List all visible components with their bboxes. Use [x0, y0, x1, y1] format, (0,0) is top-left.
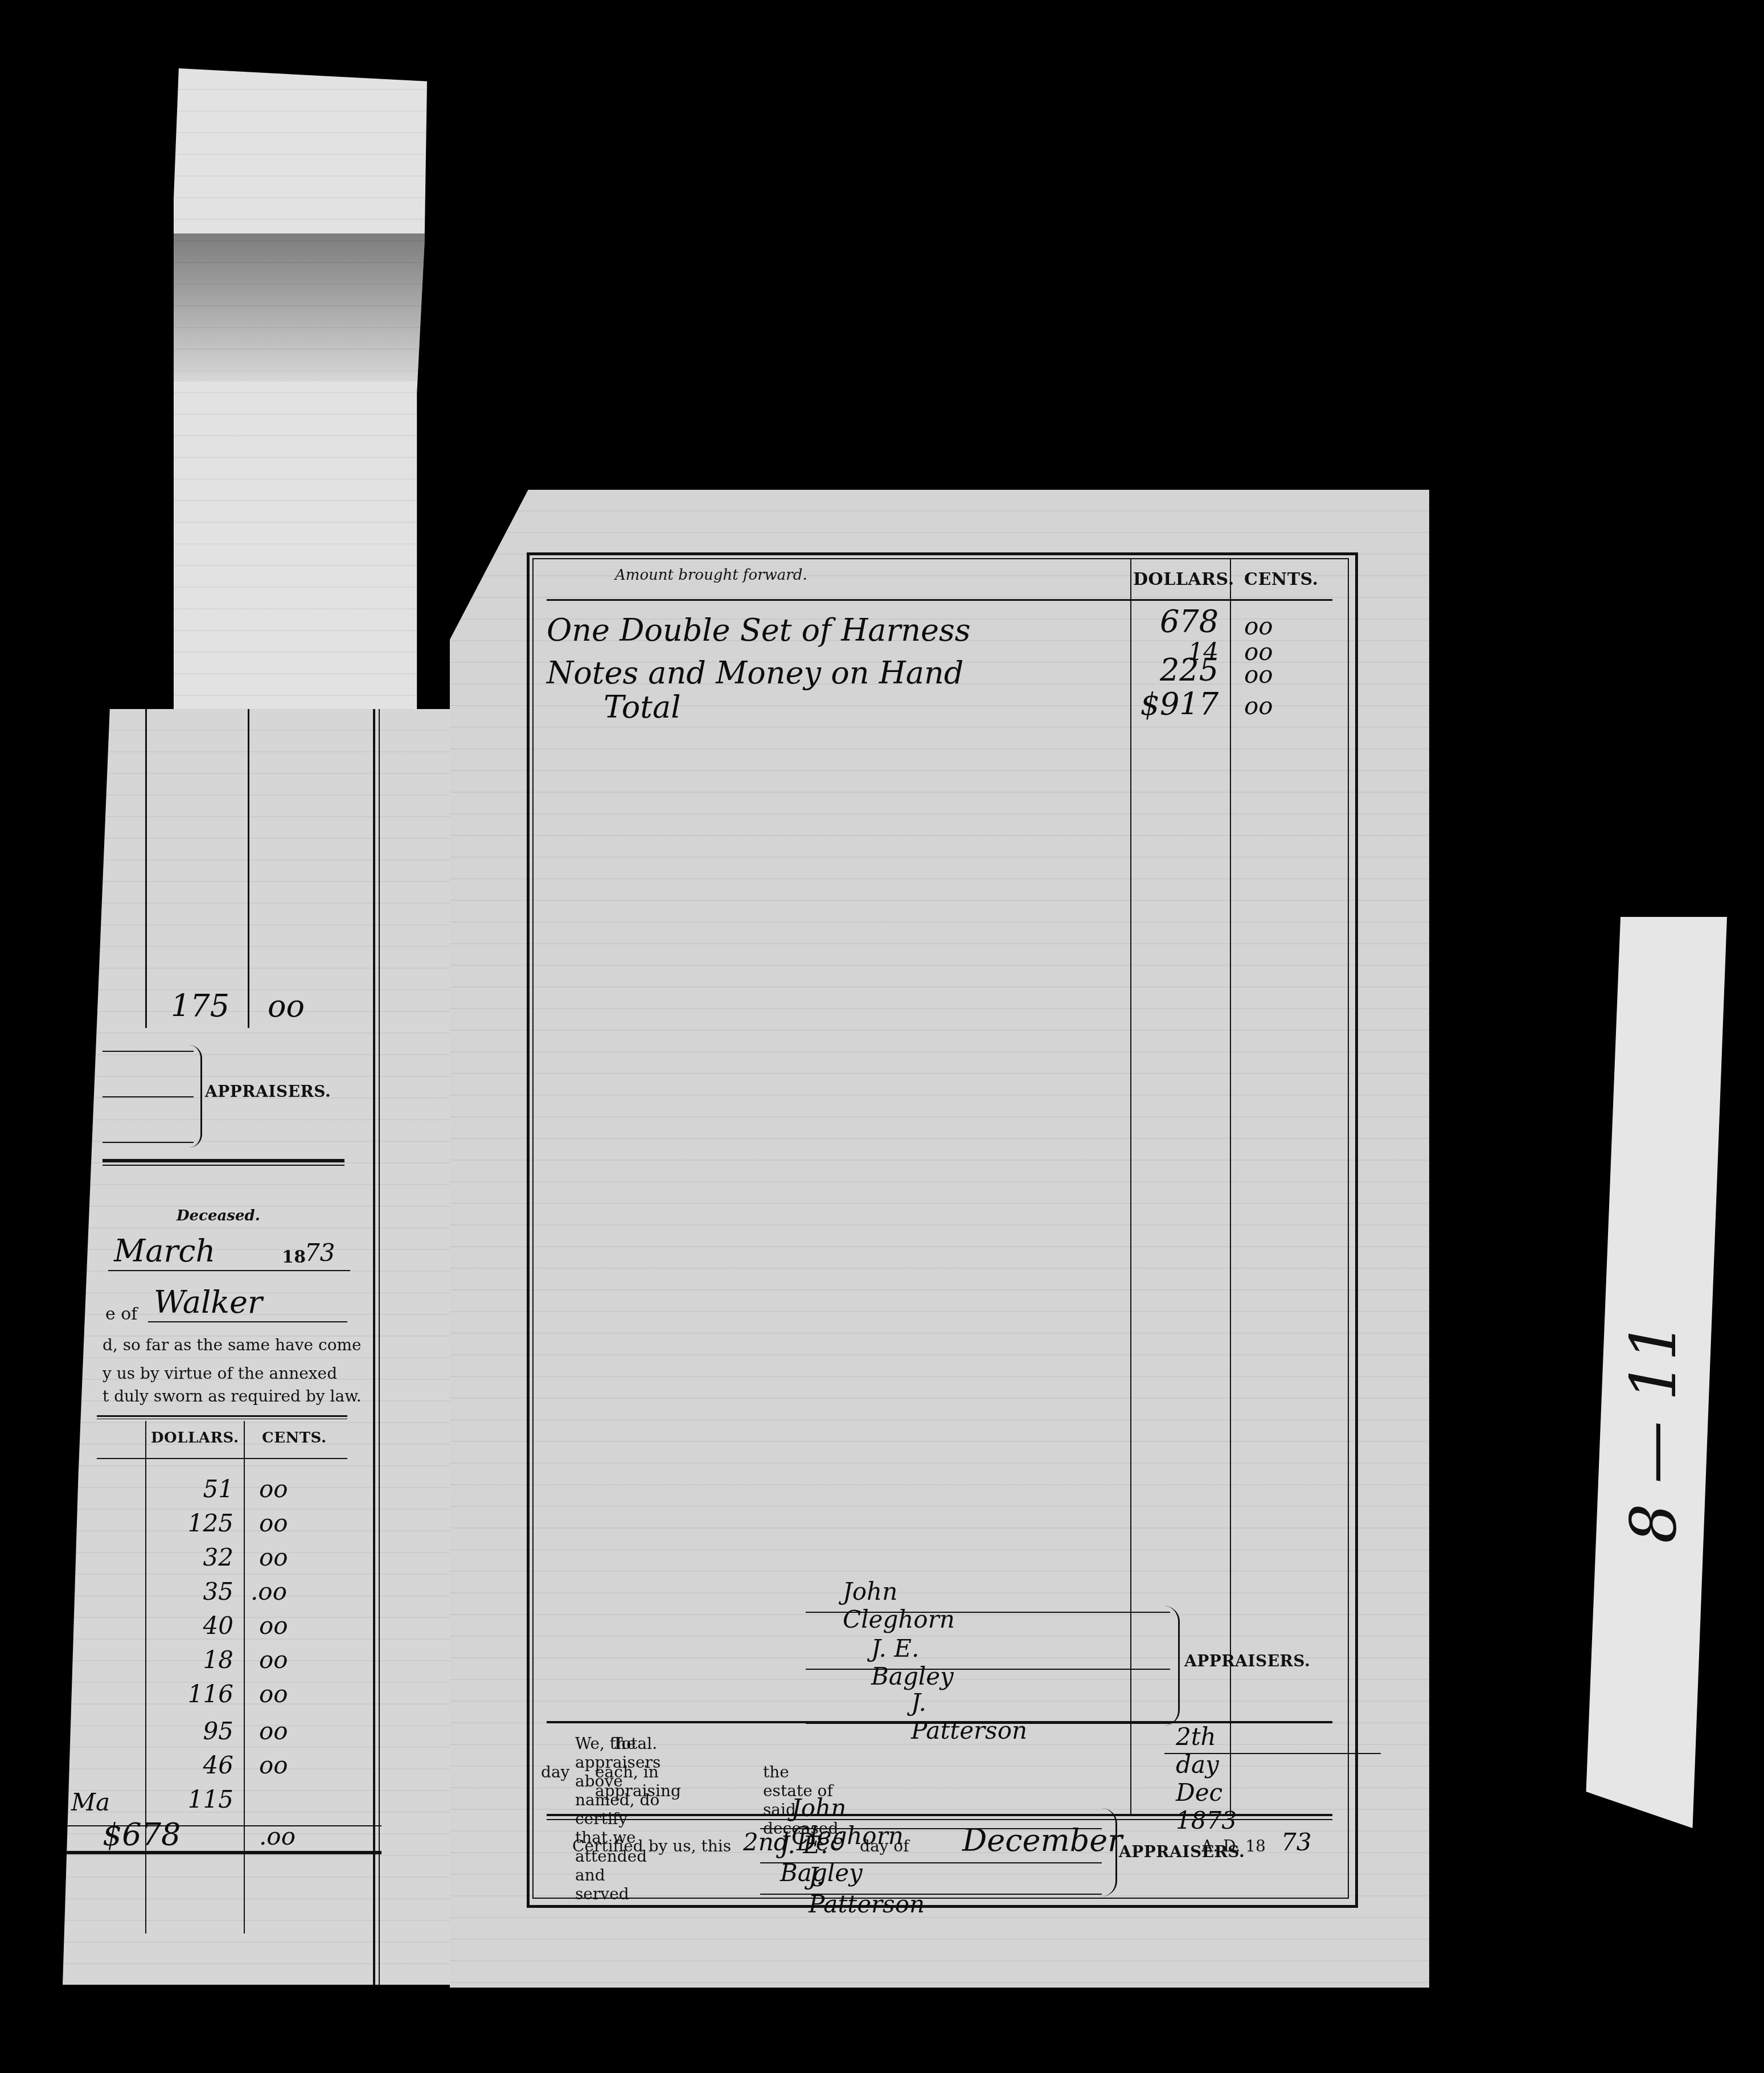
- service-statement-each: each, in appraising: [595, 1763, 681, 1800]
- row-cents: oo: [259, 1543, 288, 1571]
- folded-blank-strip: [174, 68, 427, 718]
- row-cents: oo: [259, 1717, 288, 1745]
- row-cents: oo: [259, 1475, 288, 1503]
- row-dollars: 18: [148, 1646, 233, 1674]
- row-dollars: 125: [148, 1509, 233, 1537]
- appraisers-label: APPRAISERS.: [1119, 1842, 1245, 1861]
- bottom-rule: [63, 1851, 381, 1854]
- date-line: [108, 1270, 350, 1271]
- service-statement-line1: We, the appraisers above named, do certi…: [575, 1734, 661, 1903]
- header-rule: [547, 599, 1332, 601]
- body-line-1: d, so far as the same have come: [102, 1335, 362, 1354]
- row-cents: oo: [259, 1509, 288, 1537]
- appraisal-dollars: 175: [171, 988, 229, 1024]
- signature-line: [102, 1096, 194, 1097]
- cents-header: CENTS.: [262, 1429, 327, 1447]
- appraisers-brace: [1102, 1808, 1117, 1896]
- estate-line: [148, 1321, 347, 1322]
- appraisers-brace: [189, 1045, 202, 1148]
- partial-note: Ma: [71, 1788, 110, 1816]
- signature-line: [102, 1142, 194, 1143]
- cents-column-left-rule: [1230, 559, 1231, 1815]
- annotation-strip: 8 — 11: [1583, 917, 1740, 1828]
- header-rule: [97, 1458, 347, 1459]
- item-dollars: 225: [1133, 652, 1219, 688]
- row-dollars: 46: [148, 1751, 233, 1779]
- estate-of-prefix: e of: [105, 1304, 137, 1324]
- item-description: Notes and Money on Hand: [547, 655, 963, 691]
- body-line-2: y us by virtue of the annexed: [102, 1364, 337, 1383]
- item-cents: oo: [1244, 661, 1273, 689]
- served-line: [1164, 1753, 1381, 1754]
- certified-year: 73: [1281, 1828, 1311, 1856]
- item-description: One Double Set of Harness: [547, 612, 970, 648]
- column-divider: [145, 709, 147, 1028]
- deceased-label: Deceased.: [177, 1207, 260, 1224]
- column-divider: [248, 709, 249, 1028]
- service-statement-day: day: [541, 1763, 569, 1781]
- row-dollars: 116: [148, 1680, 233, 1708]
- left-total-dollars: $678: [102, 1817, 180, 1853]
- row-dollars: 32: [148, 1543, 233, 1571]
- year-suffix: 73: [305, 1239, 335, 1267]
- left-total-cents: .oo: [259, 1822, 296, 1850]
- year-prefix: 18: [282, 1247, 306, 1267]
- section-divider: [102, 1159, 344, 1162]
- row-cents: oo: [259, 1612, 288, 1640]
- item-dollars: $917: [1059, 686, 1219, 722]
- form-border: [373, 709, 375, 1985]
- item-cents: oo: [1244, 692, 1273, 720]
- served-value: 2th day Dec 1873: [1176, 1723, 1237, 1834]
- row-cents: oo: [259, 1646, 288, 1674]
- row-dollars: 51: [148, 1475, 233, 1503]
- left-partial-form: 175 oo APPRAISERS. Deceased. March 18 73…: [63, 709, 456, 1985]
- signature-line: [806, 1669, 1170, 1670]
- dollars-header: DOLLARS.: [151, 1429, 239, 1447]
- column-divider: [145, 1421, 146, 1933]
- appraisers-label: APPRAISERS.: [1184, 1652, 1310, 1670]
- section-divider: [102, 1165, 344, 1166]
- dollars-header: DOLLARS.: [1133, 570, 1234, 589]
- appraiser-signature: John Cleghorn: [843, 1578, 955, 1633]
- date-month: March: [114, 1233, 215, 1269]
- item-dollars: 678: [1133, 604, 1219, 640]
- fold-shadow: [174, 233, 427, 382]
- body-line-3: t duly sworn as required by law.: [102, 1387, 362, 1406]
- column-divider: [244, 1421, 245, 1933]
- appraisal-cents: oo: [268, 988, 305, 1024]
- appraiser-signature: J. E. Bagley: [871, 1634, 954, 1690]
- item-description: Total: [604, 689, 681, 725]
- appraiser-signature: J. Patterson: [809, 1862, 925, 1918]
- table-top-rule: [97, 1415, 347, 1417]
- row-dollars: 115: [148, 1785, 233, 1813]
- signature-line: [102, 1051, 194, 1052]
- row-cents: oo: [259, 1751, 288, 1779]
- estate-name: Walker: [154, 1284, 262, 1320]
- row-cents: oo: [259, 1680, 288, 1708]
- table-top-rule: [97, 1419, 347, 1419]
- amount-brought-forward-label: Amount brought forward.: [615, 567, 807, 584]
- dollars-column-left-rule: [1130, 559, 1131, 1815]
- row-dollars: 95: [148, 1717, 233, 1745]
- appraisers-label: APPRAISERS.: [205, 1082, 331, 1101]
- cents-header: CENTS.: [1244, 570, 1319, 589]
- appraisers-brace: [1164, 1606, 1180, 1726]
- appraiser-signature: J. Patterson: [911, 1689, 1027, 1744]
- form-border: [379, 709, 380, 1985]
- row-dollars: 35: [148, 1578, 233, 1605]
- row-dollars: 40: [148, 1612, 233, 1640]
- page-annotation: 8 — 11: [1617, 1321, 1690, 1543]
- item-cents: oo: [1244, 612, 1273, 640]
- row-cents: .oo: [251, 1578, 287, 1605]
